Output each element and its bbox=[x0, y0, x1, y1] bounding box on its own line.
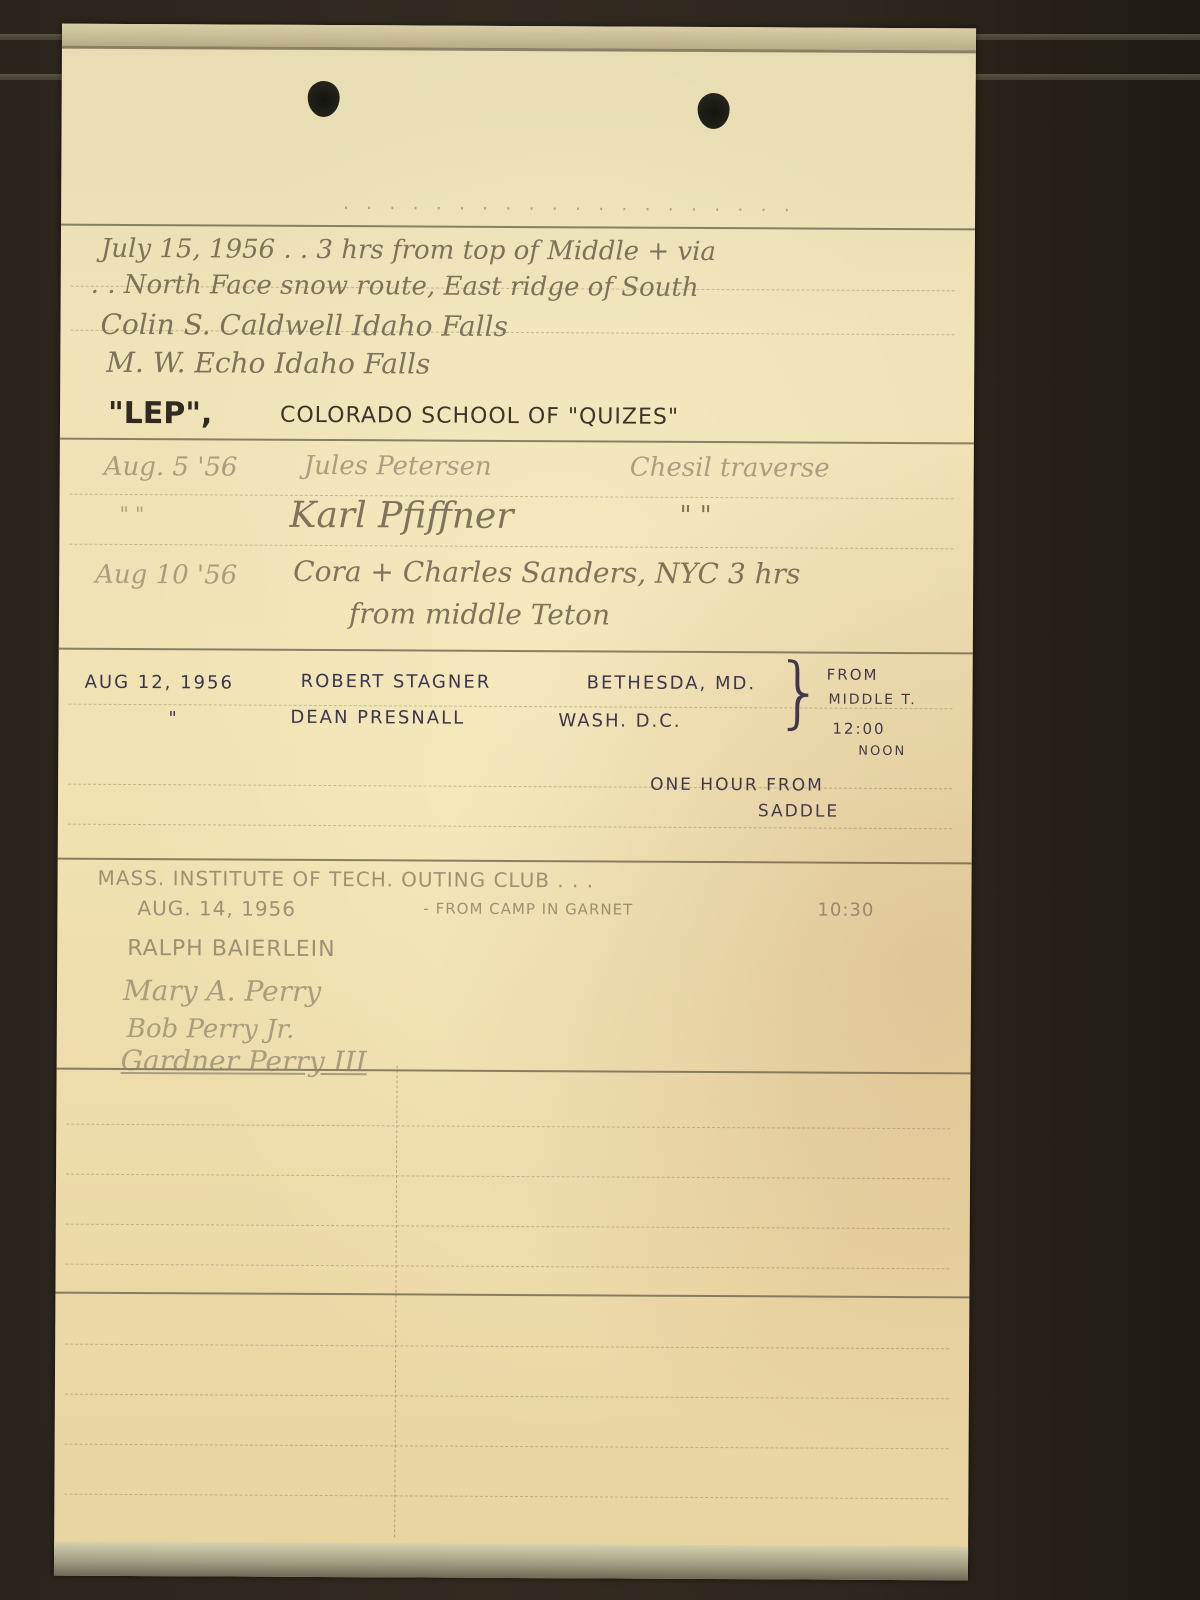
entry-july15-line4: M. W. Echo Idaho Falls bbox=[106, 346, 430, 381]
guide-line bbox=[65, 1444, 949, 1450]
entry-aug12-ditto: " bbox=[168, 708, 178, 729]
plastic-sleeve-bottom bbox=[54, 1542, 968, 1581]
guide-line bbox=[69, 544, 953, 550]
guide-line bbox=[66, 1224, 950, 1230]
faint-printed-heading: · · · · · · · · · · · · · · · · · · · · bbox=[341, 199, 941, 220]
entry-aug10-names: Cora + Charles Sanders, NYC 3 hrs bbox=[293, 555, 800, 591]
punch-hole-right bbox=[698, 93, 730, 129]
entry-mit-time: 10:30 bbox=[817, 900, 874, 921]
entry-mit-org: MASS. INSTITUTE OF TECH. OUTING CLUB . .… bbox=[98, 866, 595, 893]
entry-aug10-date: Aug 10 '56 bbox=[95, 560, 237, 591]
guide-line bbox=[65, 1394, 949, 1400]
entry-lep-nickname: "LEP", bbox=[108, 396, 212, 432]
entry-aug12-extra-line1: ONE HOUR FROM bbox=[650, 775, 824, 796]
entry-mit-name4: Gardner Perry III bbox=[121, 1044, 367, 1078]
entry-july15-line2: . . North Face snow route, East ridge of… bbox=[91, 270, 699, 303]
entry-aug12-place2: WASH. D.C. bbox=[558, 710, 681, 732]
entry-aug12-name2: DEAN PRESNALL bbox=[290, 707, 465, 729]
entry-aug12-note-line2: MIDDLE T. bbox=[828, 692, 916, 708]
plastic-sleeve-top bbox=[62, 24, 976, 54]
section-divider bbox=[60, 438, 974, 445]
punch-hole-left bbox=[308, 81, 340, 117]
entry-aug5-name: Jules Petersen bbox=[304, 451, 492, 482]
entry-mit-name2: Mary A. Perry bbox=[123, 974, 321, 1008]
entry-aug12-note-line4: NOON bbox=[858, 744, 906, 759]
entry-july15-line1: July 15, 1956 . . 3 hrs from top of Midd… bbox=[101, 234, 716, 267]
section-divider bbox=[58, 858, 972, 865]
entry-aug12-note-line1: FROM bbox=[827, 666, 879, 684]
entry-mit-name3: Bob Perry Jr. bbox=[127, 1014, 295, 1045]
guide-line bbox=[66, 1264, 950, 1270]
guide-line bbox=[66, 1124, 950, 1130]
entry-aug12-date: AUG 12, 1956 bbox=[85, 672, 234, 694]
entry-aug12-place1: BETHESDA, MD. bbox=[587, 672, 757, 694]
entry-aug5b-date: " " bbox=[119, 502, 144, 526]
entry-july15-line3: Colin S. Caldwell Idaho Falls bbox=[100, 308, 508, 343]
section-divider bbox=[61, 224, 975, 231]
entry-aug5b-name: Karl Pfiffner bbox=[289, 495, 513, 537]
entry-mit-name1: RALPH BAIERLEIN bbox=[127, 936, 336, 962]
entry-aug12-bracket: } bbox=[774, 647, 824, 737]
guide-line bbox=[64, 1494, 948, 1500]
guide-line bbox=[65, 1344, 949, 1350]
entry-mit-date: AUG. 14, 1956 bbox=[137, 896, 296, 921]
summit-register-page: · · · · · · · · · · · · · · · · · · · · … bbox=[54, 24, 976, 1581]
entry-aug10-route: from middle Teton bbox=[349, 597, 610, 631]
entry-aug5b-note: " " bbox=[679, 501, 711, 531]
entry-aug5-date: Aug. 5 '56 bbox=[104, 452, 238, 483]
entry-aug12-note-line3: 12:00 bbox=[832, 720, 885, 738]
section-divider bbox=[55, 1292, 969, 1299]
entry-lep-school: COLORADO SCHOOL OF "QUIZES" bbox=[280, 403, 679, 430]
entry-aug5-note: Chesil traverse bbox=[630, 453, 830, 484]
entry-aug12-extra-line2: SADDLE bbox=[758, 801, 839, 821]
section-divider bbox=[59, 648, 973, 655]
column-divider bbox=[394, 1065, 397, 1537]
entry-aug12-name1: ROBERT STAGNER bbox=[301, 671, 492, 693]
guide-line bbox=[68, 824, 952, 830]
entry-mit-route: - FROM CAMP IN GARNET bbox=[423, 900, 633, 919]
guide-line bbox=[66, 1174, 950, 1180]
